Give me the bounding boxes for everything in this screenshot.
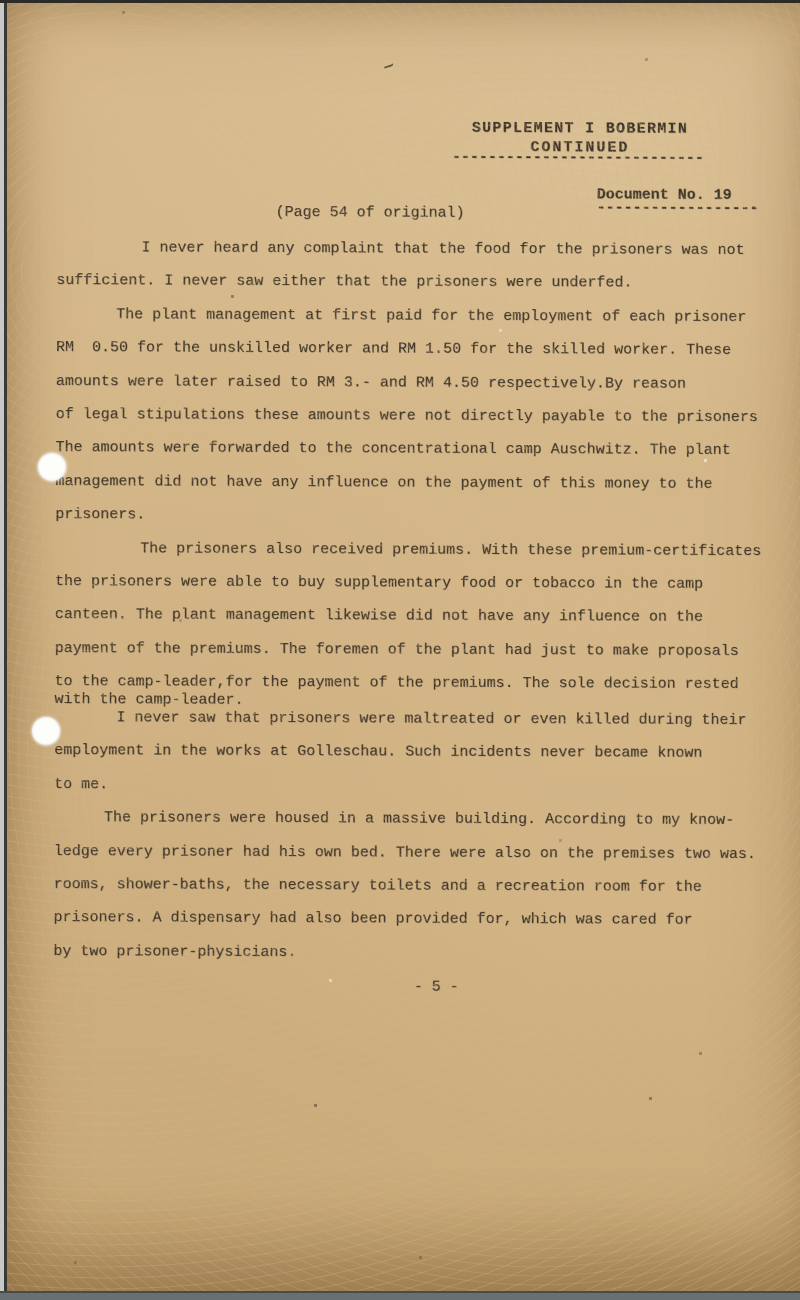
page-number: - 5 - (396, 978, 476, 995)
document-text-line: ledge every prisoner had his own bed. Th… (54, 844, 784, 881)
document-text-line: I never heard any complaint that the foo… (56, 240, 786, 277)
document-text-line: I never saw that prisoners were maltreat… (54, 710, 784, 747)
punch-hole-top (38, 453, 66, 481)
scan-edge-bottom (0, 1291, 800, 1300)
document-text-line: prisoners. A dispensary had also been pr… (53, 910, 783, 947)
document-text-line: by two prisoner-physicians. (53, 944, 783, 981)
document-text-line: amounts were later raised to RM 3.- and … (56, 374, 786, 411)
document-text-line: The amounts were forwarded to the concen… (55, 440, 785, 477)
scan-edge-top (0, 0, 800, 3)
document-text-line: employment in the works at Golleschau. S… (54, 743, 784, 780)
document-number-underline: ------------------ (597, 199, 759, 217)
header-underline-dashes: ---------------------------- (452, 149, 722, 167)
document-text-line: the prisoners were able to buy supplemen… (55, 574, 785, 611)
header-supplement-title: SUPPLEMENT I BOBERMIN (440, 120, 720, 138)
punch-hole-bottom (32, 717, 60, 745)
document-text-line: payment of the premiums. The foremen of … (55, 641, 785, 678)
document-text-line: The plant management at first paid for t… (56, 307, 786, 344)
document-text-line: rooms, shower-baths, the necessary toile… (54, 877, 784, 914)
page-content: SUPPLEMENT I BOBERMIN CONTINUED --------… (0, 0, 800, 1295)
scan-edge-left-line (4, 0, 7, 1300)
original-page-reference: (Page 54 of original) (276, 204, 465, 222)
pencil-tick-mark (383, 60, 394, 69)
document-text-line: prisoners. (55, 507, 785, 544)
document-text-line: canteen. The plant management likewise d… (55, 607, 785, 644)
document-text-line: The prisoners were housed in a massive b… (54, 810, 784, 847)
document-text-line: sufficient. I never saw either that the … (56, 273, 786, 310)
document-text-line: The prisoners also received premiums. Wi… (55, 540, 785, 577)
document-text-line: management did not have any influence on… (55, 474, 785, 511)
document-text-line: RM 0.50 for the unskilled worker and RM … (56, 340, 786, 377)
document-text-line: of legal stipulations these amounts were… (56, 407, 786, 444)
document-body-text: I never heard any complaint that the foo… (53, 240, 786, 980)
scanned-document-page: SUPPLEMENT I BOBERMIN CONTINUED --------… (0, 0, 800, 1300)
document-text-line: to me. (54, 777, 784, 814)
